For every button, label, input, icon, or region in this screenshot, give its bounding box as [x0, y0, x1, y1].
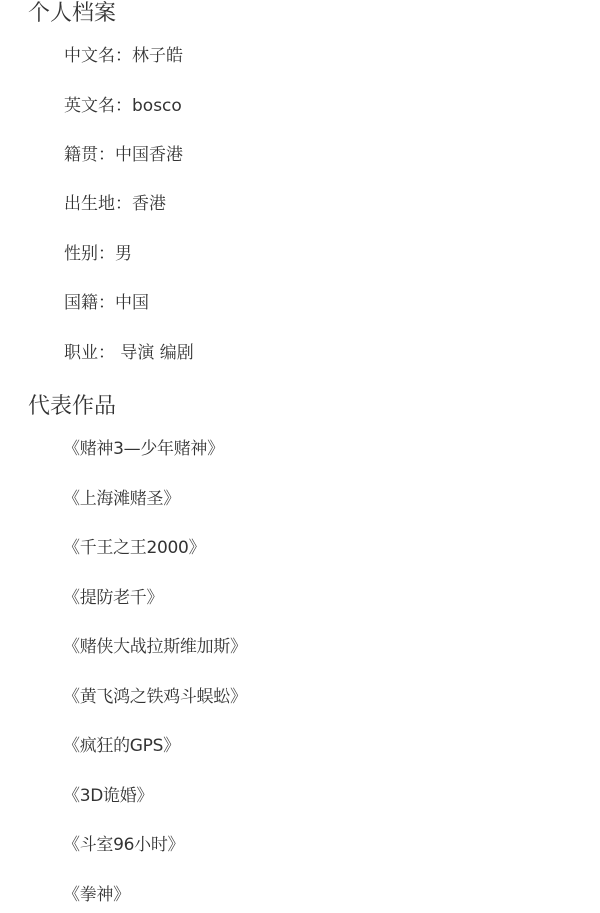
work-item: 《3D诡婚》: [63, 785, 153, 807]
field-value: 男: [115, 244, 132, 264]
field-separator: ：: [98, 244, 115, 264]
work-item: 《赌神3—少年赌神》: [63, 438, 224, 460]
profile-field-chinese-name: 中文名：林子皓: [64, 45, 183, 67]
work-item: 《拳神》: [63, 884, 130, 906]
field-value: bosco: [132, 96, 182, 116]
field-separator: ：: [98, 293, 115, 313]
field-label: 国籍: [64, 293, 98, 313]
work-item: 《提防老千》: [63, 587, 163, 609]
profile-field-occupation: 职业： 导演 编剧: [64, 342, 194, 364]
profile-field-english-name: 英文名：bosco: [64, 95, 182, 117]
field-label: 出生地: [64, 194, 115, 214]
profile-heading: 个人档案: [28, 0, 116, 28]
field-value: 导演 编剧: [120, 343, 193, 363]
field-label: 籍贯: [64, 145, 98, 165]
field-value: 中国香港: [115, 145, 183, 165]
field-separator: ：: [98, 145, 115, 165]
field-separator: ：: [115, 46, 132, 66]
work-item: 《上海滩赌圣》: [63, 488, 180, 510]
work-item: 《黄飞鸿之铁鸡斗蜈蚣》: [63, 686, 247, 708]
field-separator: ：: [115, 194, 132, 214]
field-separator: ：: [115, 96, 132, 116]
field-label: 中文名: [64, 46, 115, 66]
field-separator: ：: [98, 343, 120, 363]
profile-field-native-place: 籍贯：中国香港: [64, 144, 183, 166]
profile-field-nationality: 国籍：中国: [64, 292, 149, 314]
field-value: 林子皓: [132, 46, 183, 66]
field-value: 中国: [115, 293, 149, 313]
work-item: 《疯狂的GPS》: [63, 735, 180, 757]
work-item: 《斗室96小时》: [63, 834, 184, 856]
profile-field-gender: 性别：男: [64, 243, 132, 265]
profile-field-birthplace: 出生地：香港: [64, 193, 166, 215]
field-label: 性别: [64, 244, 98, 264]
work-item: 《千王之王2000》: [63, 537, 205, 559]
field-value: 香港: [132, 194, 166, 214]
work-item: 《赌侠大战拉斯维加斯》: [63, 636, 247, 658]
works-heading: 代表作品: [28, 393, 116, 421]
field-label: 英文名: [64, 96, 115, 116]
field-label: 职业: [64, 343, 98, 363]
